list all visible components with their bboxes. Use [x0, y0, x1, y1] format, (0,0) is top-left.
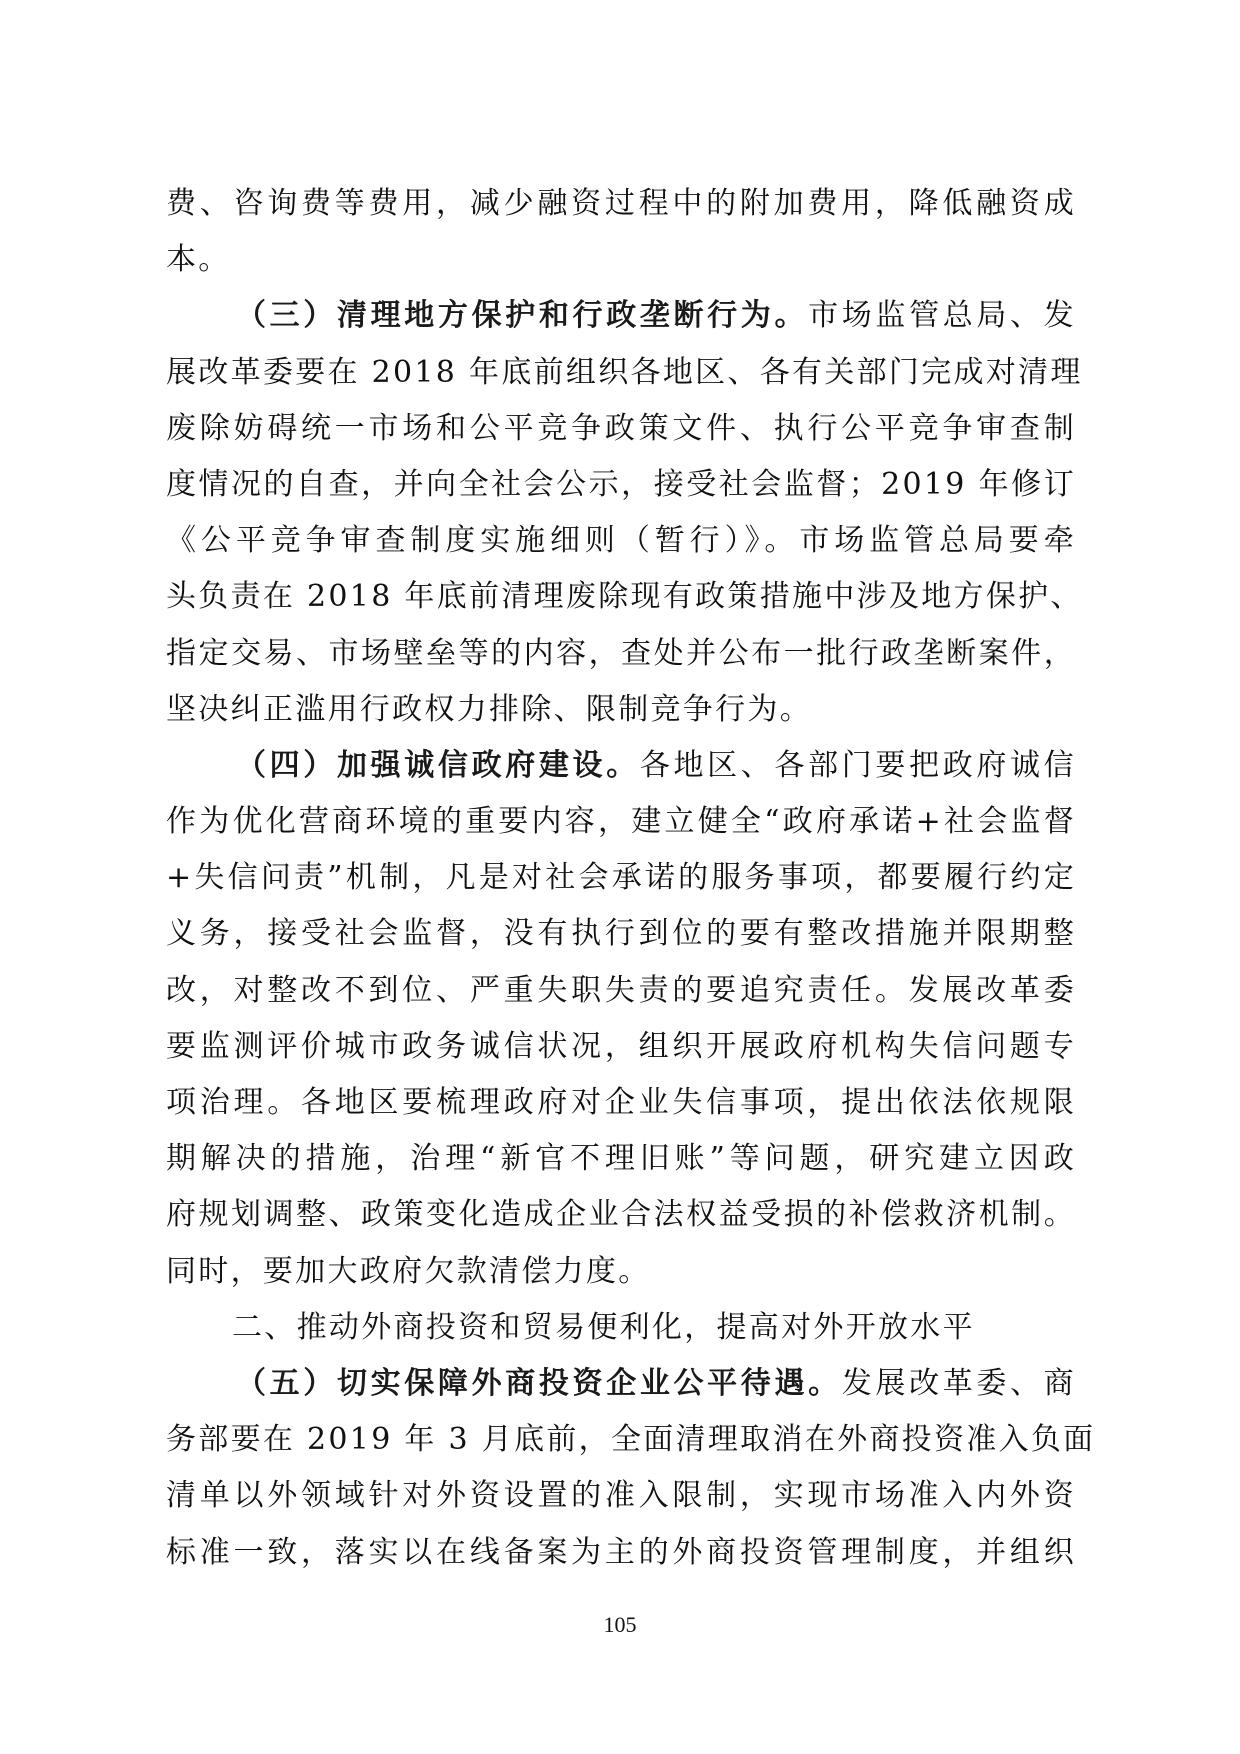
subsection-title-3: （三）清理地方保护和行政垄断行为。 — [236, 298, 808, 333]
text-line: 同时，要加大政府欠款清偿力度。 — [166, 1244, 1076, 1300]
page-number: 105 — [0, 1612, 1240, 1638]
text-line: 费、咨询费等费用，减少融资过程中的附加费用，降低融资成 — [166, 176, 1076, 232]
text-line: 府规划调整、政策变化造成企业合法权益受损的补偿救济机制。 — [166, 1187, 1076, 1243]
subsection-5-first-line: （五）切实保障外商投资企业公平待遇。发展改革委、商 — [166, 1356, 1076, 1412]
text-line: 指定交易、市场壁垒等的内容，查处并公布一批行政垄断案件， — [166, 626, 1076, 682]
document-page: 费、咨询费等费用，减少融资过程中的附加费用，降低融资成 本。 （三）清理地方保护… — [0, 0, 1240, 1754]
text-line: 头负责在 2018 年底前清理废除现有政策措施中涉及地方保护、 — [166, 569, 1076, 625]
text-line: 度情况的自查，并向全社会公示，接受社会监督；2019 年修订 — [166, 457, 1076, 513]
text-line: 清单以外领域针对外资设置的准入限制，实现市场准入内外资 — [166, 1468, 1076, 1524]
subsection-title-5: （五）切实保障外商投资企业公平待遇。 — [236, 1366, 842, 1401]
text-line: 务部要在 2019 年 3 月底前，全面清理取消在外商投资准入负面 — [166, 1412, 1076, 1468]
text-line: 本。 — [166, 232, 1076, 288]
text-line: 要监测评价城市政务诚信状况，组织开展政府机构失信问题专 — [166, 1019, 1076, 1075]
document-body: 费、咨询费等费用，减少融资过程中的附加费用，降低融资成 本。 （三）清理地方保护… — [166, 176, 1076, 1581]
text-line: 废除妨碍统一市场和公平竞争政策文件、执行公平竞争审查制 — [166, 401, 1076, 457]
text-line: 坚决纠正滥用行政权力排除、限制竞争行为。 — [166, 682, 1076, 738]
text-run: 发展改革委、商 — [842, 1366, 1076, 1401]
subsection-3-first-line: （三）清理地方保护和行政垄断行为。市场监管总局、发 — [166, 288, 1076, 344]
text-line: 项治理。各地区要梳理政府对企业失信事项，提出依法依规限 — [166, 1075, 1076, 1131]
text-run: 各地区、各部门要把政府诚信 — [640, 748, 1076, 783]
text-line: 作为优化营商环境的重要内容，建立健全“政府承诺+社会监督 — [166, 794, 1076, 850]
text-line: 改，对整改不到位、严重失职失责的要追究责任。发展改革委 — [166, 963, 1076, 1019]
text-line: 《公平竞争审查制度实施细则（暂行）》。市场监管总局要牵 — [166, 513, 1076, 569]
text-run: 市场监管总局、发 — [808, 298, 1076, 333]
text-line: 标准一致，落实以在线备案为主的外商投资管理制度，并组织 — [166, 1525, 1076, 1581]
text-line: 展改革委要在 2018 年底前组织各地区、各有关部门完成对清理 — [166, 345, 1076, 401]
text-line: +失信问责”机制，凡是对社会承诺的服务事项，都要履行约定 — [166, 850, 1076, 906]
text-line: 期解决的措施，治理“新官不理旧账”等问题，研究建立因政 — [166, 1131, 1076, 1187]
text-line: 义务，接受社会监督，没有执行到位的要有整改措施并限期整 — [166, 906, 1076, 962]
section-heading-2: 二、推动外商投资和贸易便利化，提高对外开放水平 — [166, 1300, 1076, 1356]
subsection-title-4: （四）加强诚信政府建设。 — [236, 748, 640, 783]
subsection-4-first-line: （四）加强诚信政府建设。各地区、各部门要把政府诚信 — [166, 738, 1076, 794]
